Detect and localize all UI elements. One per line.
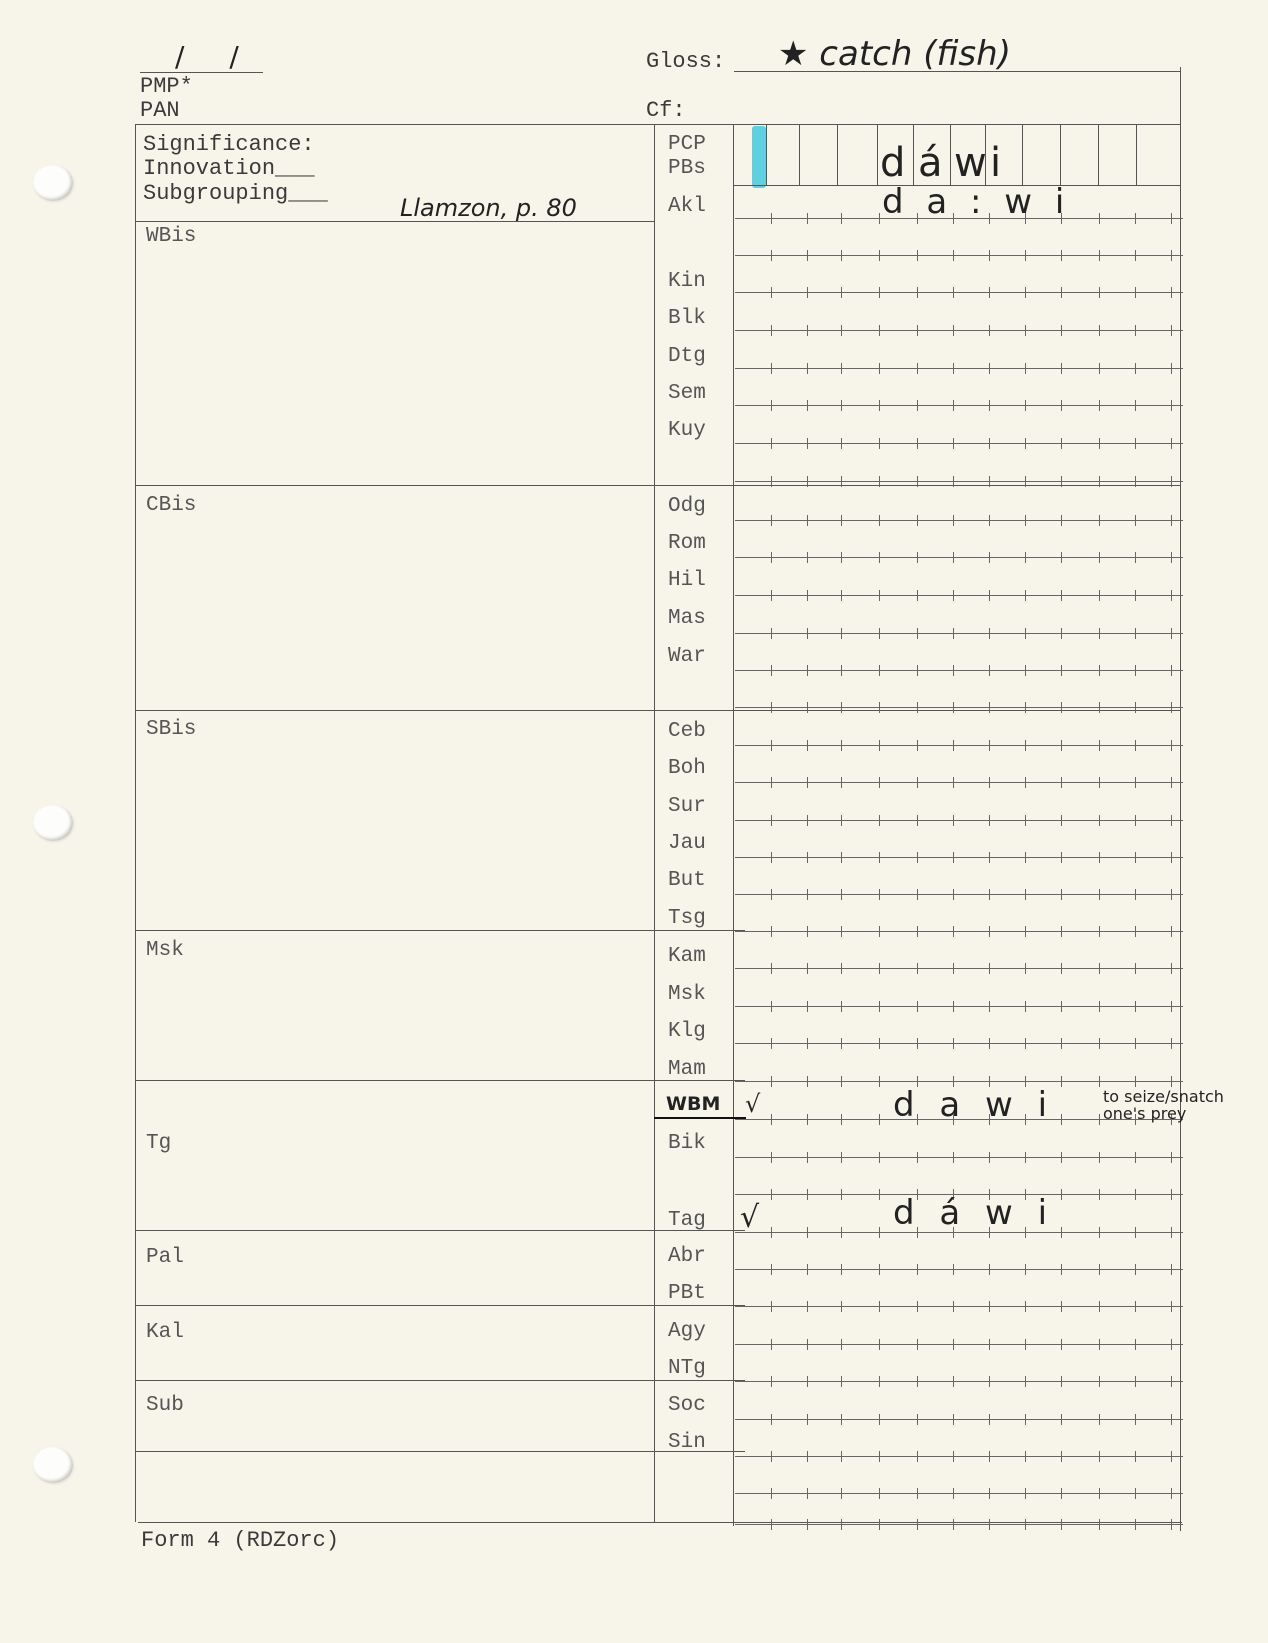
- form-footer: Form 4 (RDZorc): [141, 1530, 339, 1552]
- entry-line[interactable]: [735, 368, 1183, 369]
- entry-line[interactable]: [735, 1157, 1183, 1158]
- lang-label-mam: Mam: [668, 1058, 738, 1081]
- lang-label-sur: Sur: [668, 795, 738, 818]
- lang-label-msk: Msk: [668, 983, 738, 1006]
- lang-label-akl: Akl: [668, 195, 738, 218]
- lang-label-wbm-hand: WBM: [666, 1093, 720, 1115]
- entry-line[interactable]: [735, 707, 1183, 708]
- group-label-pal: Pal: [146, 1246, 184, 1269]
- subgrouping-field[interactable]: Subgrouping___: [143, 183, 328, 205]
- gloss-value[interactable]: ★ catch (fish): [778, 34, 1011, 74]
- lang-label-hil: Hil: [668, 569, 738, 592]
- reconstruction-segment[interactable]: w: [954, 140, 987, 186]
- entry-tag[interactable]: d á w i: [893, 1193, 1054, 1233]
- entry-line[interactable]: [735, 670, 1183, 671]
- lang-label-bik: Bik: [668, 1132, 738, 1155]
- source-note[interactable]: Llamzon, p. 80: [400, 194, 577, 222]
- lang-label-tag: Tag: [668, 1209, 738, 1232]
- entry-line[interactable]: [735, 255, 1183, 256]
- lang-label-pbs: PBs: [668, 157, 738, 180]
- lang-label-pbt: PBt: [668, 1282, 738, 1305]
- entry-line[interactable]: [735, 1419, 1183, 1420]
- entry-line[interactable]: [735, 1043, 1183, 1044]
- gloss-label: Gloss:: [646, 51, 725, 73]
- innovation-field[interactable]: Innovation___: [143, 158, 315, 180]
- group-label-msk: Msk: [146, 939, 184, 962]
- lang-label-kam: Kam: [668, 945, 738, 968]
- reconstruction-segment[interactable]: i: [990, 140, 1001, 186]
- lang-label-mas: Mas: [668, 607, 738, 630]
- lang-label-rom: Rom: [668, 532, 738, 555]
- lang-label-but: But: [668, 869, 738, 892]
- proto-label-pmp: PMP*: [140, 76, 193, 98]
- reconstruction-segment[interactable]: á: [918, 140, 943, 186]
- entry-line[interactable]: [735, 405, 1183, 406]
- lang-label-klg: Klg: [668, 1020, 738, 1043]
- entry-wbm-note[interactable]: to seize/snatch one's prey: [1103, 1088, 1233, 1122]
- entry-line[interactable]: [735, 1381, 1183, 1382]
- entry-line[interactable]: [735, 1524, 1183, 1525]
- entry-line[interactable]: [735, 782, 1183, 783]
- entry-line[interactable]: [735, 857, 1183, 858]
- entry-wbm[interactable]: d a w i: [893, 1085, 1054, 1125]
- check-wbm[interactable]: √: [745, 1090, 760, 1118]
- group-label-sbis: SBis: [146, 718, 196, 741]
- lang-label-sem: Sem: [668, 382, 738, 405]
- entry-line[interactable]: [735, 1306, 1183, 1307]
- lang-label-odg: Odg: [668, 495, 738, 518]
- lang-label-ntg: NTg: [668, 1357, 738, 1380]
- entry-line[interactable]: [735, 1081, 1183, 1082]
- lang-label-war: War: [668, 645, 738, 668]
- entry-line[interactable]: [735, 968, 1183, 969]
- entry-line[interactable]: [735, 557, 1183, 558]
- significance-title: Significance:: [143, 134, 315, 156]
- group-label-wbis: WBis: [146, 225, 196, 248]
- entry-line[interactable]: [735, 520, 1183, 521]
- binder-hole: [33, 165, 73, 201]
- lang-label-blk: Blk: [668, 307, 738, 330]
- reconstruction-segment[interactable]: d: [880, 140, 905, 186]
- lang-label-dtg: Dtg: [668, 345, 738, 368]
- entry-line[interactable]: [735, 1269, 1183, 1270]
- cf-label: Cf:: [646, 100, 686, 122]
- binder-hole: [33, 805, 73, 841]
- binder-hole: [33, 1447, 73, 1483]
- lang-label-kuy: Kuy: [668, 419, 738, 442]
- entry-line[interactable]: [735, 894, 1183, 895]
- lang-label-jau: Jau: [668, 832, 738, 855]
- entry-akl[interactable]: d a : w i: [882, 182, 1070, 222]
- proto-label-pan: PAN: [140, 100, 180, 122]
- group-label-sub: Sub: [146, 1394, 184, 1417]
- lang-label-soc: Soc: [668, 1394, 738, 1417]
- entry-line[interactable]: [735, 820, 1183, 821]
- entry-line[interactable]: [735, 745, 1183, 746]
- lang-label-sin: Sin: [668, 1431, 738, 1454]
- lang-label-ceb: Ceb: [668, 720, 738, 743]
- group-label-cbis: CBis: [146, 494, 196, 517]
- lang-label-tsg: Tsg: [668, 907, 738, 930]
- entry-line[interactable]: [735, 1006, 1183, 1007]
- entry-line[interactable]: [735, 595, 1183, 596]
- entry-line[interactable]: [735, 633, 1183, 634]
- entry-line[interactable]: [735, 443, 1183, 444]
- lang-label-boh: Boh: [668, 757, 738, 780]
- entry-line[interactable]: [735, 481, 1183, 482]
- highlight-marker: [752, 126, 766, 188]
- group-label-tg: Tg: [146, 1132, 171, 1155]
- lang-label-kin: Kin: [668, 270, 738, 293]
- date-field[interactable]: / /: [175, 40, 257, 73]
- entry-line[interactable]: [735, 1493, 1183, 1494]
- entry-line[interactable]: [735, 1344, 1183, 1345]
- entry-line[interactable]: [735, 1456, 1183, 1457]
- lang-label-abr: Abr: [668, 1245, 738, 1268]
- lang-label-pcp: PCP: [668, 133, 738, 156]
- entry-line[interactable]: [735, 330, 1183, 331]
- group-label-kal: Kal: [146, 1321, 184, 1344]
- lang-label-agy: Agy: [668, 1320, 738, 1343]
- entry-line[interactable]: [735, 292, 1183, 293]
- entry-line[interactable]: [735, 931, 1183, 932]
- check-tag[interactable]: √: [740, 1200, 759, 1235]
